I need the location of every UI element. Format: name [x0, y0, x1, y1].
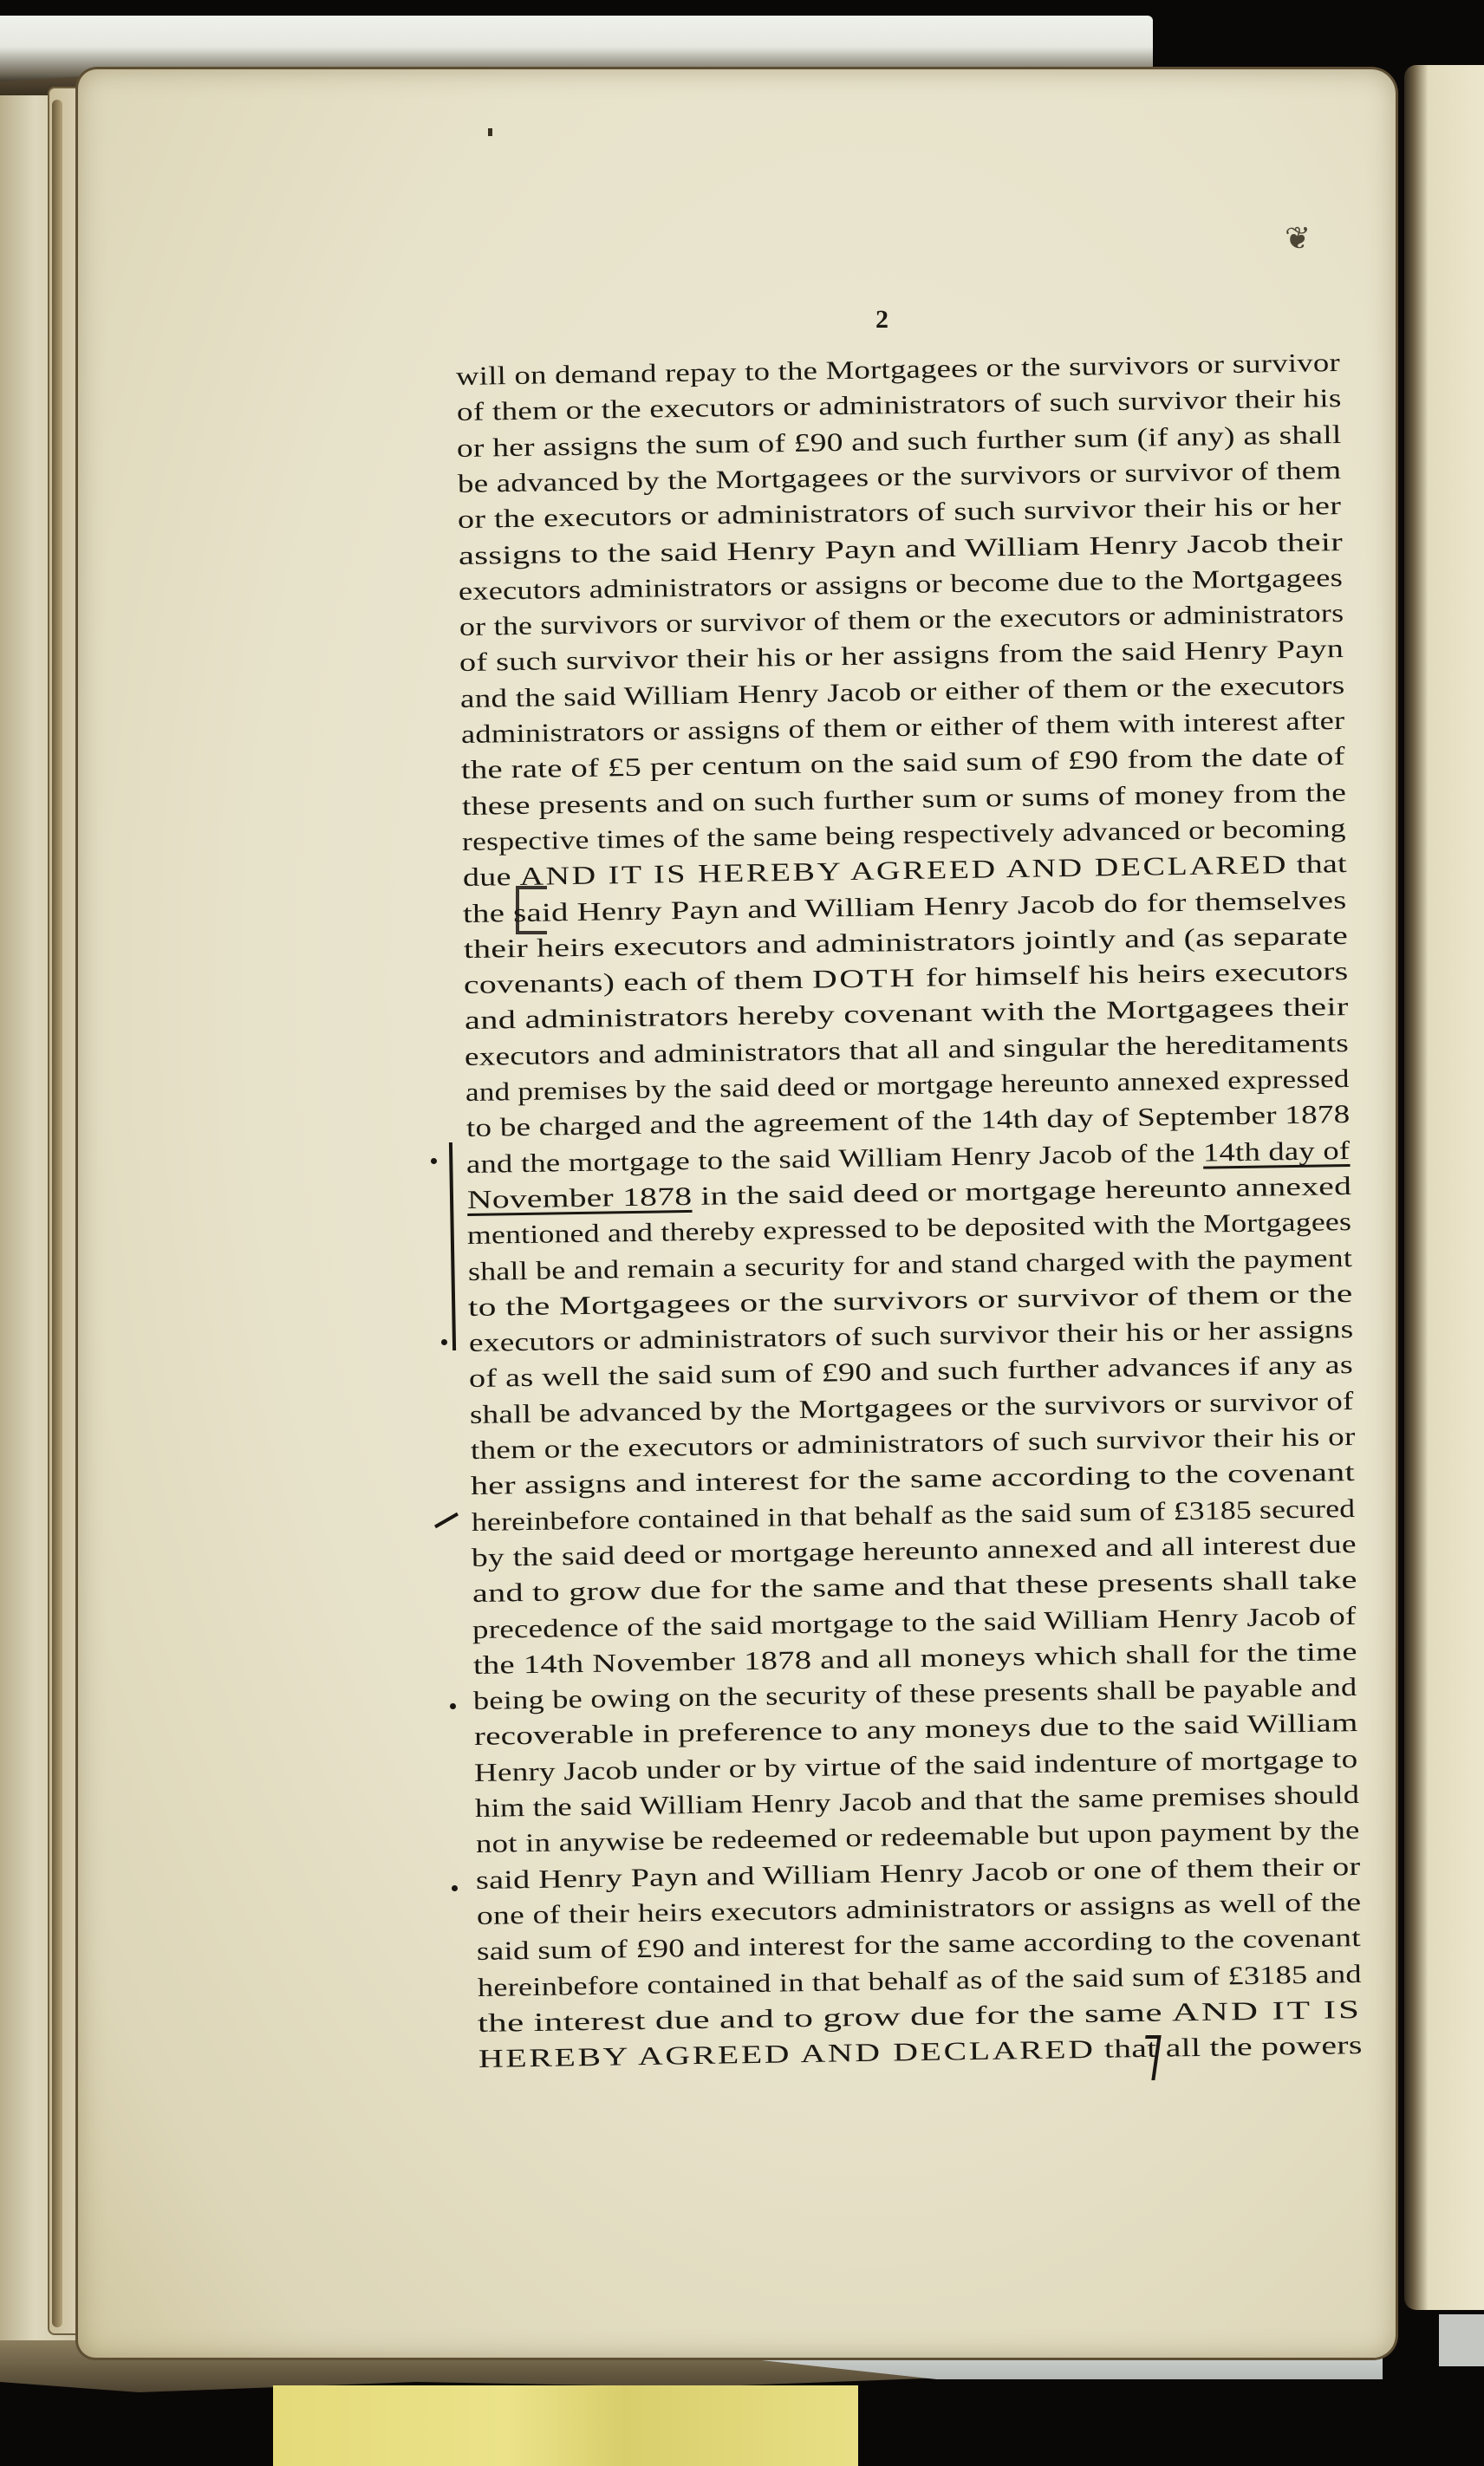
ink-speck [488, 128, 492, 136]
right-slip [1439, 2314, 1484, 2366]
margin-dot [441, 1339, 447, 1345]
emphasis-caps: AND IT IS [1172, 1995, 1363, 2027]
page-number: 2 [875, 305, 888, 335]
underlined-text: 14th day of [1203, 1136, 1351, 1168]
page-binding-edge [52, 100, 62, 2327]
corner-pencil-mark-icon: ❦ [1285, 221, 1311, 257]
underlined-text: November 1878 [466, 1182, 692, 1214]
right-adjacent-page [1404, 65, 1484, 2310]
margin-dot [431, 1158, 437, 1164]
margin-dot [452, 1885, 458, 1891]
yellow-tab [273, 2385, 858, 2466]
margin-dot [450, 1703, 456, 1709]
emphasis-caps: DOTH [812, 964, 917, 994]
